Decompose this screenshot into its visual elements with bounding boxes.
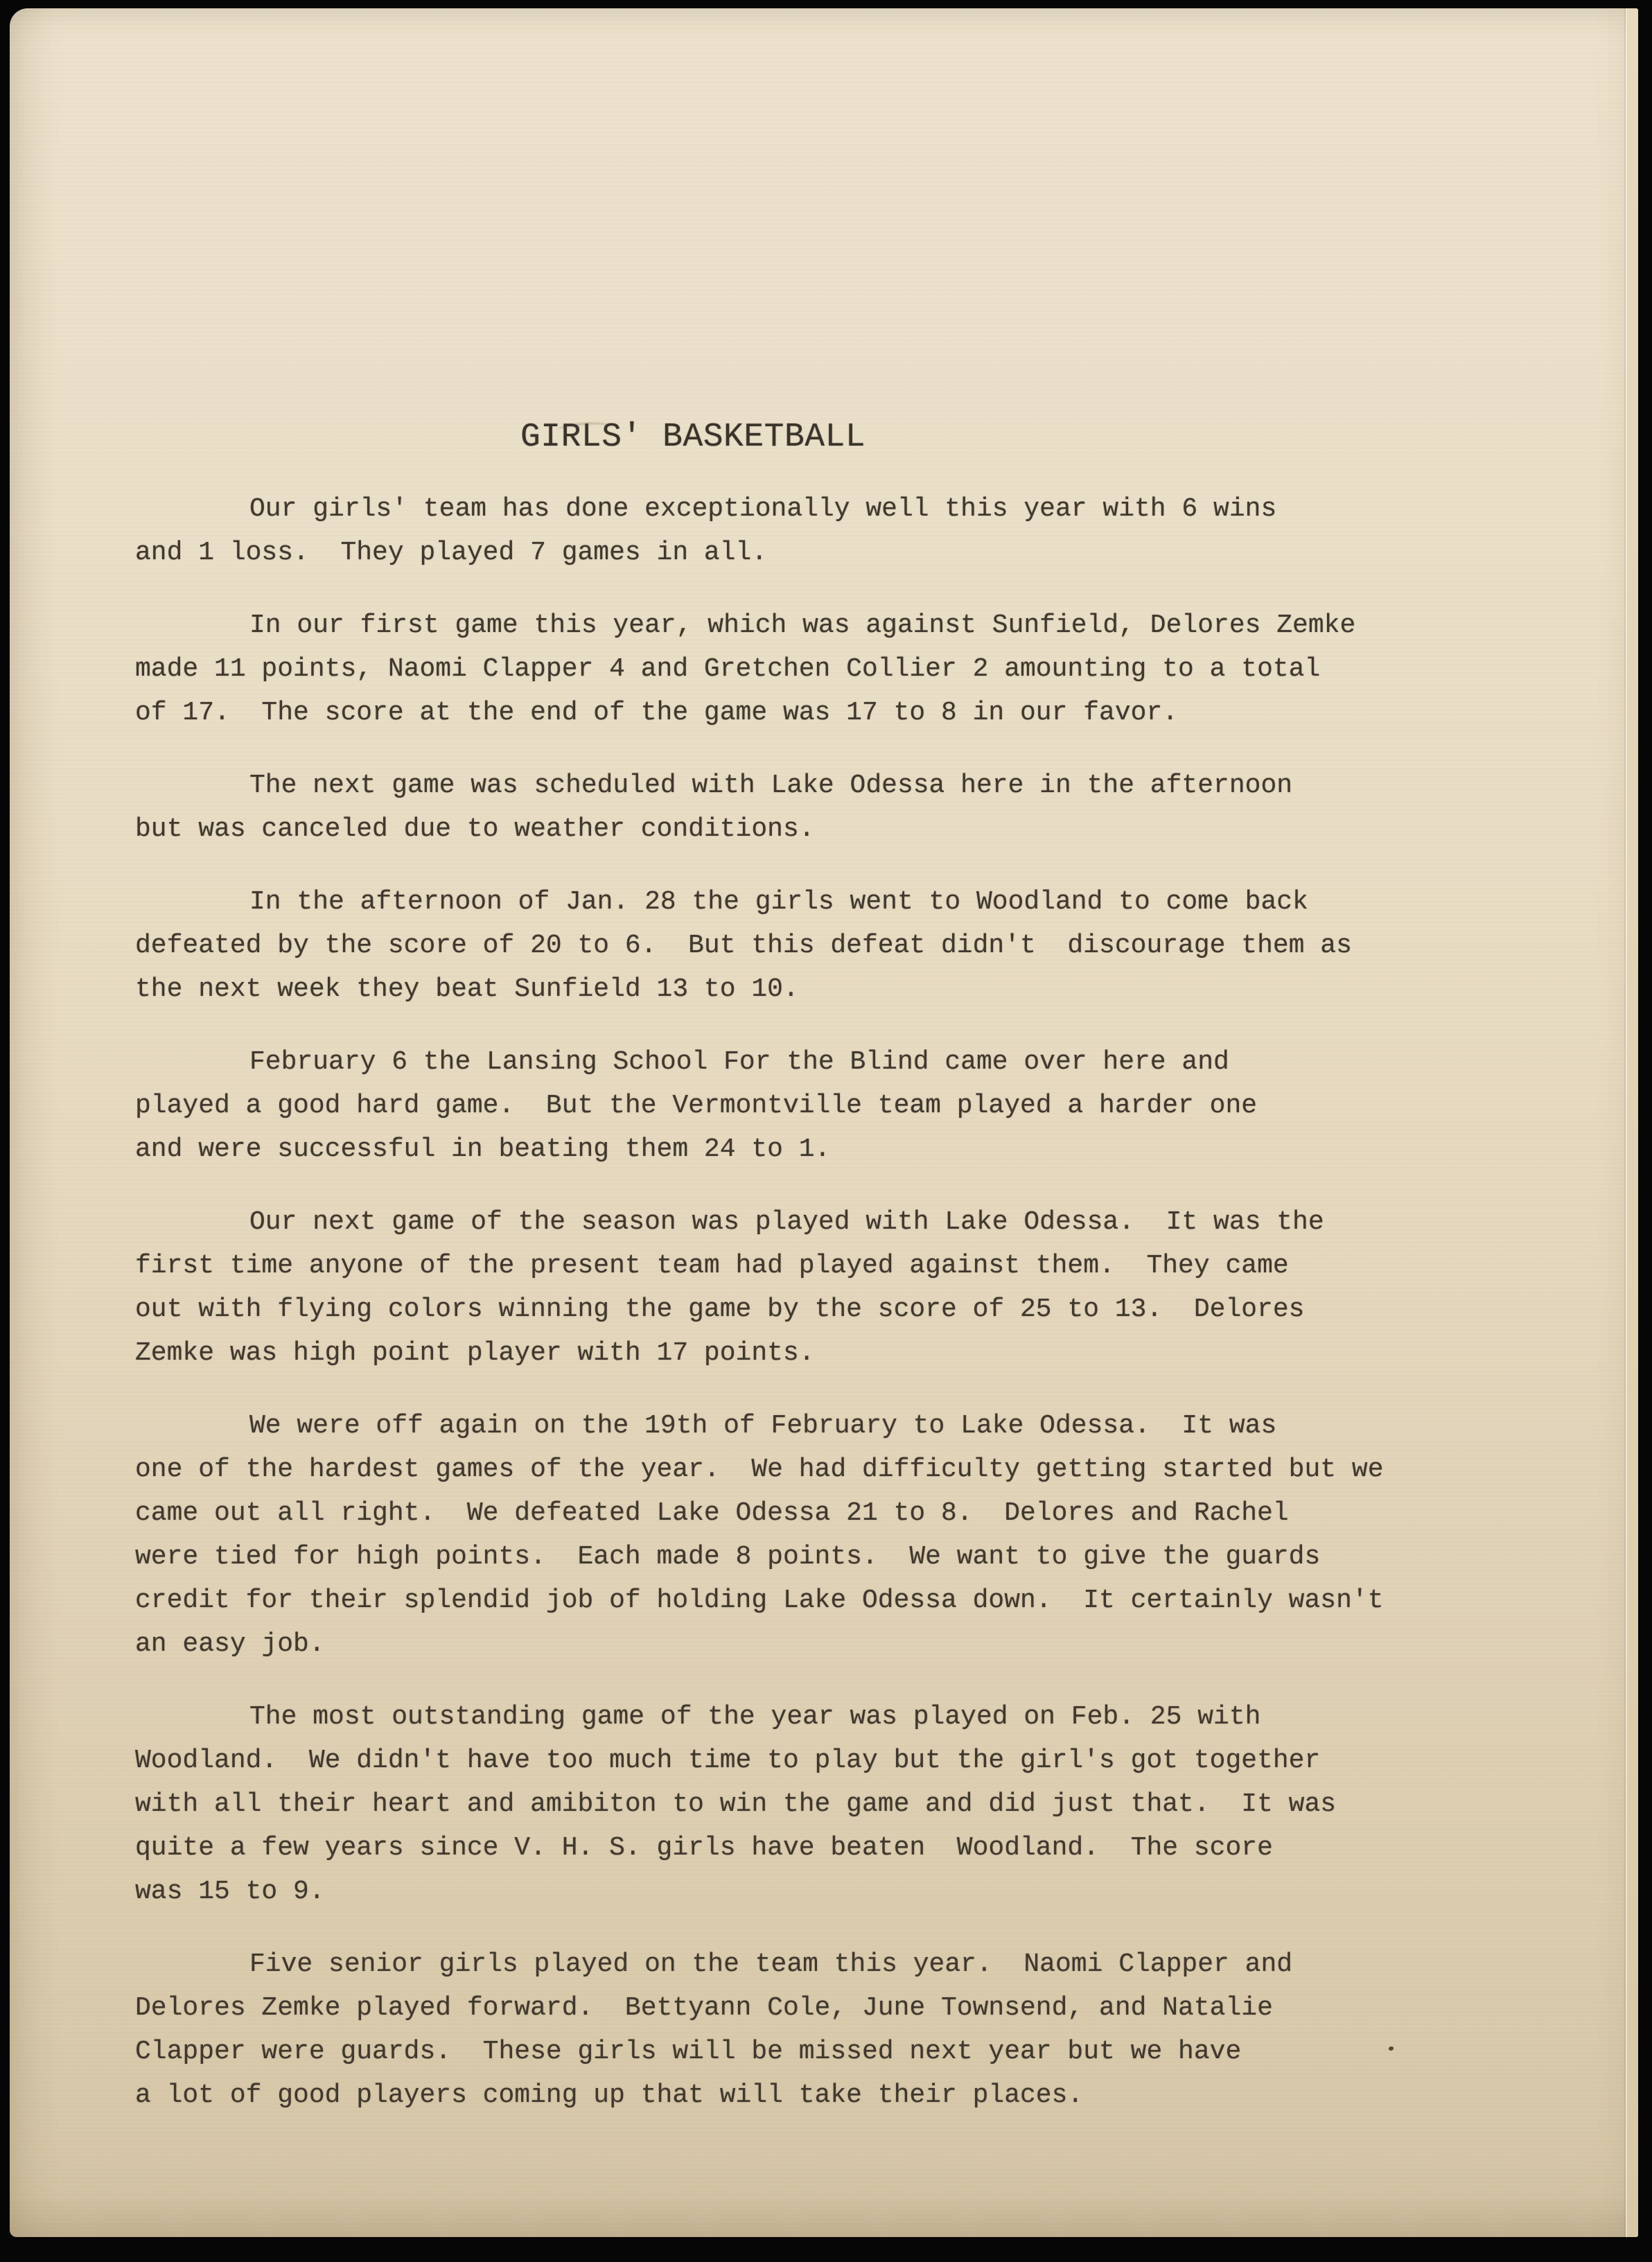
paragraph-first-game-sunfield: In our first game this year, which was a… [135, 604, 1493, 735]
paragraph-woodland-loss: In the afternoon of Jan. 28 the girls we… [135, 880, 1493, 1011]
paragraph-lake-odessa-away: We were off again on the 19th of Februar… [135, 1404, 1493, 1666]
page-content: GIRLS' BASKETBALL Our girls' team has do… [135, 8, 1493, 2146]
page-title: GIRLS' BASKETBALL [520, 416, 1493, 459]
paragraph-senior-girls: Five senior girls played on the team thi… [135, 1943, 1493, 2117]
paragraph-woodland-win: The most outstanding game of the year wa… [135, 1695, 1493, 1913]
paragraph-canceled-game: The next game was scheduled with Lake Od… [135, 764, 1493, 851]
paragraph-school-for-blind: February 6 the Lansing School For the Bl… [135, 1040, 1493, 1171]
paragraph-season-record: Our girls' team has done exceptionally w… [135, 487, 1493, 575]
page: GIRLS' BASKETBALL Our girls' team has do… [10, 8, 1638, 2237]
scan-background: GIRLS' BASKETBALL Our girls' team has do… [0, 0, 1652, 2262]
paragraph-lake-odessa-home: Our next game of the season was played w… [135, 1200, 1493, 1375]
underlying-page-edge [1627, 8, 1638, 2237]
